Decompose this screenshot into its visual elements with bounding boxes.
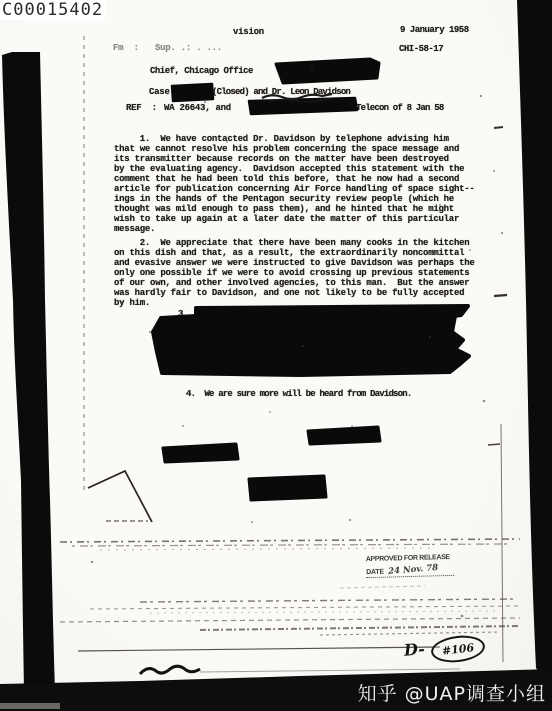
paragraph-2: 2. We appreciate that there have been ma… (114, 238, 499, 308)
scanned-memo-page: C00015402 vision 9 January 1958 CHI-58-1… (0, 0, 552, 711)
paragraph-4: 4. We are sure more will be heard from D… (186, 389, 411, 399)
stamp-line1: APPROVED FOR RELEASE (366, 554, 454, 563)
doc-mark-circle: #106 (429, 633, 486, 665)
doc-mark-number: #106 (441, 641, 475, 658)
handwritten-checkmark (88, 471, 152, 522)
stamp-date-label: DATE (366, 569, 384, 576)
page-edge-line (501, 424, 503, 662)
paragraph-3-number: 3. (178, 309, 188, 319)
margin-dash (488, 444, 500, 445)
header-date: 9 January 1958 (400, 25, 469, 35)
horizontal-rule-line (78, 647, 440, 651)
scan-noise-band (90, 606, 520, 609)
doc-mark-prefix: D- (403, 639, 425, 659)
watermark-text: 知乎 @UAP调查小组 (358, 679, 546, 706)
scan-noise-band (150, 611, 500, 613)
header-division-fragment: vision (233, 27, 264, 37)
redaction-block-mid-left (163, 444, 238, 462)
bottom-left-scan-sliver (0, 703, 60, 709)
redaction-block-case (172, 84, 213, 101)
left-scan-edge-band (2, 52, 55, 692)
scan-noise-band (200, 626, 520, 630)
redaction-block-para3 (153, 306, 469, 375)
header-from-label: Fm : (113, 43, 139, 53)
scan-noise-band (72, 544, 510, 546)
scan-noise-band (60, 539, 520, 542)
redaction-block-ref (249, 98, 357, 114)
scan-artifacts-layer (0, 0, 552, 711)
redaction-block-mid-center (249, 476, 326, 500)
scan-noise-band (100, 548, 430, 550)
handwritten-doc-mark: D- #106 (404, 636, 485, 662)
scan-noise-band (60, 618, 520, 622)
stamp-date-handwritten: 24 Nov. 78 (388, 563, 439, 577)
header-from-value: Sup. .: . ... (155, 43, 222, 53)
scan-noise-band (320, 632, 500, 635)
case-line-text: (Closed) and Dr. Leon Davidson (212, 87, 350, 97)
handwritten-underline-2 (268, 98, 330, 102)
approval-stamp: APPROVED FOR RELEASE DATE 24 Nov. 78 (366, 554, 455, 578)
header-chief-line: Chief, Chicago Office (150, 66, 253, 76)
scan-noise-band (340, 586, 425, 588)
case-label: Case (149, 87, 170, 97)
right-scan-edge-band (517, 0, 552, 690)
ref-value-suffix: Telecon of 8 Jan 58 (356, 103, 443, 113)
redaction-block-header (276, 59, 379, 83)
margin-dash (494, 127, 503, 128)
scan-noise-band (140, 599, 515, 602)
ref-value-prefix: WA 26643, and (164, 103, 231, 113)
header-doc-number: CHI-58-17 (399, 44, 443, 54)
paragraph-1: 1. We have contacted Dr. Davidson by tel… (114, 134, 499, 234)
redaction-block-mid-right (308, 427, 380, 444)
faint-line (200, 669, 460, 672)
document-serial-number: C00015402 (0, 0, 105, 20)
ref-label: REF : (126, 103, 157, 113)
handwritten-scribble (140, 666, 200, 674)
